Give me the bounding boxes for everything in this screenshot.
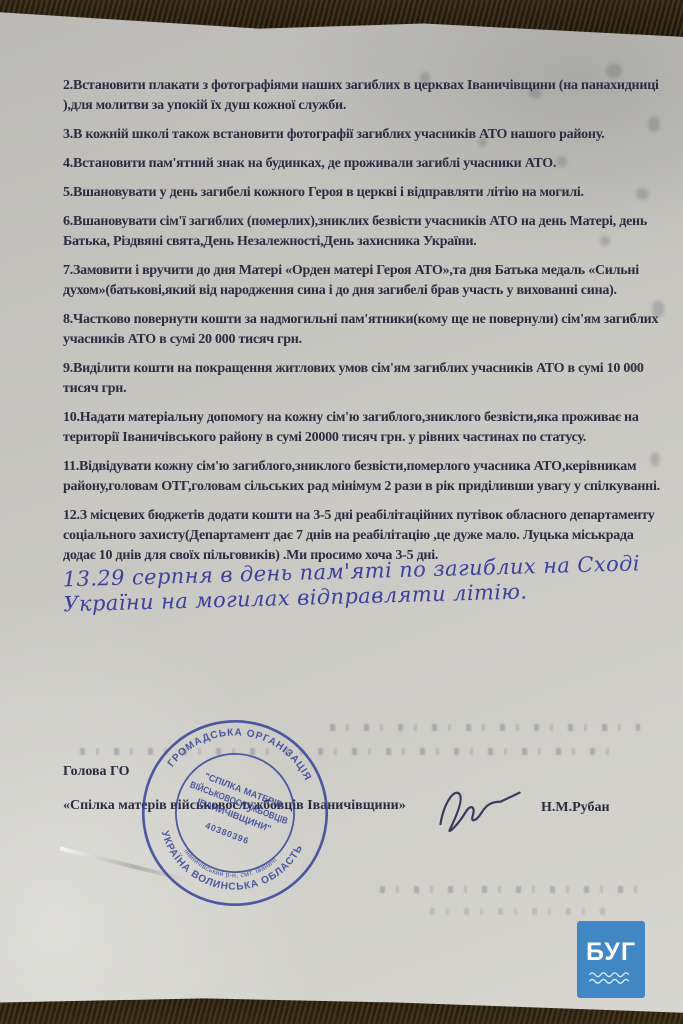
doc-item-2: 2.Встановити плакати з фотографіями наши… (63, 76, 663, 116)
ink-smudge (330, 724, 640, 731)
ink-smudge (430, 908, 610, 915)
stamp-arc-top-text: ГРОМАДСЬКА ОРГАНІЗАЦІЯ (165, 720, 317, 784)
waves-icon (588, 971, 634, 986)
paper-smudge (600, 236, 610, 246)
signature-scribble (431, 777, 528, 838)
paper-smudge (420, 72, 430, 84)
doc-item-5: 5.Вшановувати у день загибелі кожного Ге… (63, 183, 663, 203)
paper-smudge (636, 188, 649, 200)
paper-smudge (606, 64, 622, 78)
organization-stamp: ГРОМАДСЬКА ОРГАНІЗАЦІЯ УКРАЇНА ВОЛИНСЬКА… (138, 716, 332, 910)
doc-item-11: 11.Відвідувати кожну сім'ю загиблого,зни… (63, 457, 663, 497)
photo-background: 2.Встановити плакати з фотографіями наши… (0, 0, 683, 1024)
doc-item-10: 10.Надати матеріальну допомогу на кожну … (63, 408, 663, 448)
stamp-center-text: "СПІЛКА МАТЕРІВ ВІЙСЬКОВОСЛУЖБОВЦІВ ІВАН… (177, 767, 294, 857)
doc-item-8: 8.Частково повернути кошти за надмогильн… (63, 310, 663, 350)
ink-smudge (380, 886, 650, 893)
document-body: 2.Встановити плакати з фотографіями наши… (63, 76, 663, 609)
doc-item-7: 7.Замовити і вручити до дня Матері «Орде… (63, 261, 663, 301)
paper-smudge (648, 116, 660, 132)
bug-logo: БУГ (577, 921, 645, 998)
doc-item-6: 6.Вшановувати сім'ї загиблих (померлих),… (63, 212, 663, 252)
paper-smudge (652, 300, 664, 318)
paper-smudge (650, 452, 660, 466)
svg-text:40380396: 40380396 (204, 820, 251, 846)
document-page: 2.Встановити плакати з фотографіями наши… (0, 0, 683, 1024)
doc-item-9: 9.Виділити кошти на покращення житлових … (63, 359, 663, 399)
bug-logo-text: БУГ (586, 938, 636, 967)
paper-smudge (556, 156, 567, 167)
paper-smudge (478, 138, 487, 147)
doc-item-3: 3.В кожній школі також встановити фотогр… (63, 125, 663, 145)
doc-item-4: 4.Встановити пам'ятний знак на будинках,… (63, 154, 663, 174)
signer-role: Голова ГО (63, 764, 130, 780)
signer-name: Н.М.Рубан (541, 800, 610, 816)
paper-smudge (528, 88, 542, 98)
